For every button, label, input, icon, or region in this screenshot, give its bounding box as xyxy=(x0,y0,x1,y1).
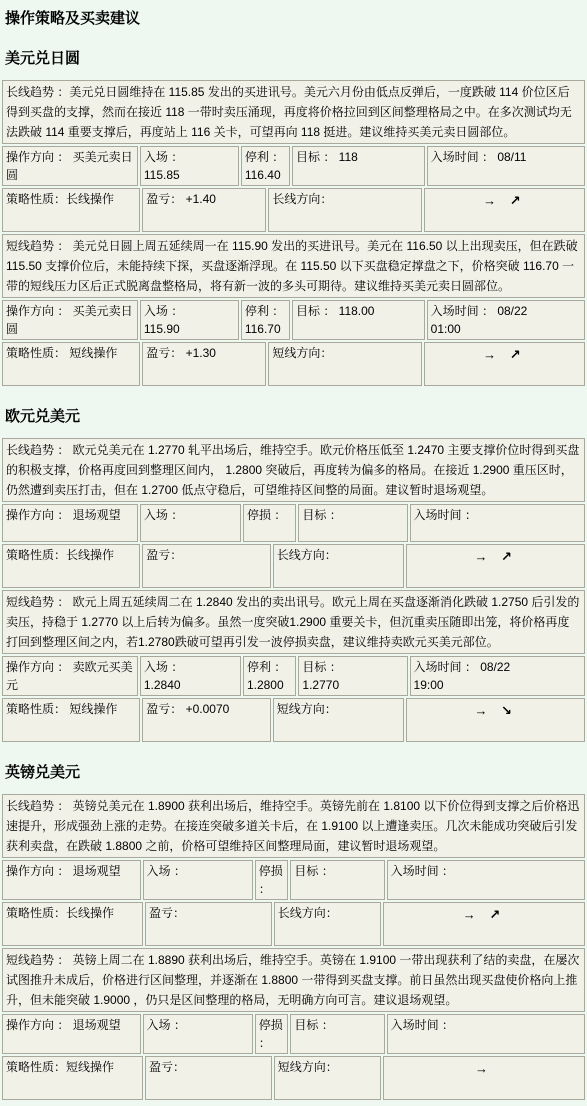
table-row: 操作方向 ： 退场观望入场 ：停损 ：目标 ：入场时间 ： xyxy=(2,504,585,542)
cell-direction-arrows: → ↗ xyxy=(424,342,585,386)
cell-line: 目标 ： xyxy=(302,658,403,676)
cell-line: 目标 ： xyxy=(294,1016,380,1034)
cell-operation-direction: 操作方向 ： 退场观望 xyxy=(2,1014,141,1054)
short-trend-paragraph: 短线趋势 ： 欧元上周五延续周二在 1.2840 发出的卖出讯号。欧元上周在买盘… xyxy=(2,590,585,654)
cell-line: 策略性质： 短线操作 xyxy=(6,700,136,718)
cell-stop-loss: 停损 ： xyxy=(255,1014,289,1054)
table-row: 短线趋势 ： 英镑上周二在 1.8890 获利出场后，维持空手。英镑在 1.91… xyxy=(2,948,585,1012)
table-row: 短线趋势 ： 美元兑日圆上周五延续周一在 115.90 发出的买进讯号。美元在 … xyxy=(2,234,585,298)
cell-line: 入场时间 ： xyxy=(414,506,581,524)
cell-direction-arrows: → ↗ xyxy=(406,544,585,588)
cell-line: 停利 ： xyxy=(245,148,286,166)
long-trend-paragraph: 长线趋势 ：美元兑日圆维持在 115.85 发出的买进讯号。美元六月份由低点反弹… xyxy=(2,80,585,144)
table-row: 长线趋势 ： 英镑兑美元在 1.8900 获利出场后，维持空手。英镑先前在 1.… xyxy=(2,794,585,858)
cell-direction-label: 短线方向： xyxy=(274,1056,381,1100)
cell-profit-loss: 盈亏： xyxy=(145,902,272,946)
cell-line: 115.90 xyxy=(144,320,235,338)
cell-line: 策略性质：长线操作 xyxy=(6,904,139,922)
cell-line: 目标 ： xyxy=(302,506,403,524)
trend-arrow-icons: → xyxy=(387,1058,581,1078)
table-row: 短线趋势 ： 欧元上周五延续周二在 1.2840 发出的卖出讯号。欧元上周在买盘… xyxy=(2,590,585,654)
cell-line: 短线方向： xyxy=(272,344,418,362)
cell-direction-arrows: → xyxy=(383,1056,585,1100)
cell-profit-loss: 盈亏： xyxy=(142,544,270,588)
cell-line: 1.2800 xyxy=(247,676,292,694)
cell-target: 目标 ： 118.00 xyxy=(292,300,425,340)
cell-line: 入场时间 ： xyxy=(391,1016,581,1034)
cell-direction-arrows: → ↗ xyxy=(383,902,585,946)
cell-stop-loss: 停损 ： xyxy=(255,860,289,900)
cell-profit-loss: 盈亏： +0.0070 xyxy=(142,698,270,742)
cell-line: 目标 ： 118 xyxy=(296,148,421,166)
table-row: 策略性质：长线操作盈亏： +1.40长线方向：→ ↗ xyxy=(2,188,585,232)
strategy-table: 长线趋势 ： 英镑兑美元在 1.8900 获利出场后，维持空手。英镑先前在 1.… xyxy=(2,794,585,1100)
short-trend-paragraph: 短线趋势 ： 英镑上周二在 1.8890 获利出场后，维持空手。英镑在 1.91… xyxy=(2,948,585,1012)
cell-line: 目标 ： 118.00 xyxy=(296,302,421,320)
cell-target: 目标 ： xyxy=(298,504,407,542)
report: 操作策略及买卖建议 美元兑日圆长线趋势 ：美元兑日圆维持在 115.85 发出的… xyxy=(0,0,587,1106)
cell-line: 116.40 xyxy=(245,166,286,184)
cell-line: 盈亏： xyxy=(149,1058,268,1076)
cell-entry-time: 入场时间 ： xyxy=(387,1014,585,1054)
cell-line: 长线方向： xyxy=(277,546,401,564)
cell-line: 入场 ： xyxy=(144,148,235,166)
cell-direction-arrows: → ↗ xyxy=(424,188,585,232)
cell-strategy-type: 策略性质： 短线操作 xyxy=(2,342,140,386)
cell-target: 目标 ：1.2770 xyxy=(298,656,407,696)
cell-direction-arrows: → ↘ xyxy=(406,698,585,742)
cell-line: 入场时间 ： 08/22 xyxy=(431,302,581,320)
page-title: 操作策略及买卖建议 xyxy=(5,7,583,28)
table-row: 长线趋势 ：美元兑日圆维持在 115.85 发出的买进讯号。美元六月份由低点反弹… xyxy=(2,80,585,144)
cell-direction-label: 长线方向： xyxy=(273,544,405,588)
cell-strategy-type: 策略性质： 短线操作 xyxy=(2,698,140,742)
cell-line: 盈亏： +0.0070 xyxy=(146,700,266,718)
cell-direction-label: 长线方向： xyxy=(274,902,381,946)
cell-line: 策略性质：短线操作 xyxy=(6,1058,139,1076)
cell-line: 操作方向 ： 卖欧元买美元 xyxy=(6,658,134,694)
cell-operation-direction: 操作方向 ： 退场观望 xyxy=(2,504,138,542)
cell-line: 盈亏： xyxy=(149,904,268,922)
cell-target: 目标 ： 118 xyxy=(292,146,425,186)
cell-line: 操作方向 ： 退场观望 xyxy=(6,506,134,524)
cell-line: 1.2840 xyxy=(144,676,237,694)
cell-line: 操作方向 ： 买美元卖日圆 xyxy=(6,148,134,184)
cell-stop-loss: 停损 ： xyxy=(243,504,296,542)
trend-arrow-icons: → ↘ xyxy=(410,700,581,720)
cell-line: 操作方向 ： 退场观望 xyxy=(6,862,137,880)
cell-operation-direction: 操作方向 ： 买美元卖日圆 xyxy=(2,300,138,340)
table-row: 操作方向 ： 退场观望入场 ：停损 ：目标 ：入场时间 ： xyxy=(2,860,585,900)
cell-direction-label: 短线方向： xyxy=(273,698,405,742)
cell-profit-loss: 盈亏： +1.40 xyxy=(142,188,266,232)
pair-heading: 欧元兑美元 xyxy=(5,405,583,426)
cell-direction-label: 长线方向： xyxy=(268,188,422,232)
cell-profit-loss: 盈亏： +1.30 xyxy=(142,342,266,386)
cell-operation-direction: 操作方向 ： 买美元卖日圆 xyxy=(2,146,138,186)
table-row: 操作方向 ： 买美元卖日圆入场 ：115.90停利 ：116.70目标 ： 11… xyxy=(2,300,585,340)
cell-entry-time: 入场时间 ： xyxy=(410,504,585,542)
strategy-table: 长线趋势 ： 欧元兑美元在 1.2770 轧平出场后，维持空手。欧元价格压低至 … xyxy=(2,438,585,742)
trend-arrow-icons: → ↗ xyxy=(428,190,581,210)
cell-take-profit: 停利 ：116.70 xyxy=(241,300,290,340)
cell-line: 长线方向： xyxy=(278,904,377,922)
long-trend-paragraph: 长线趋势 ： 英镑兑美元在 1.8900 获利出场后，维持空手。英镑先前在 1.… xyxy=(2,794,585,858)
cell-line: 入场 ： xyxy=(144,506,237,524)
strategy-table: 长线趋势 ：美元兑日圆维持在 115.85 发出的买进讯号。美元六月份由低点反弹… xyxy=(2,80,585,386)
cell-profit-loss: 盈亏： xyxy=(145,1056,272,1100)
cell-line: 116.70 xyxy=(245,320,286,338)
trend-arrow-icons: → ↗ xyxy=(428,344,581,364)
pair-heading: 英镑兑美元 xyxy=(5,761,583,782)
cell-line: 停损 ： xyxy=(259,1016,285,1052)
cell-operation-direction: 操作方向 ： 退场观望 xyxy=(2,860,141,900)
cell-line: 停利 ： xyxy=(247,658,292,676)
cell-line: 停损 ： xyxy=(247,506,292,524)
cell-line: 115.85 xyxy=(144,166,235,184)
cell-operation-direction: 操作方向 ： 卖欧元买美元 xyxy=(2,656,138,696)
cell-line: 目标 ： xyxy=(294,862,380,880)
cell-line: 策略性质：长线操作 xyxy=(6,546,136,564)
cell-direction-label: 短线方向： xyxy=(268,342,422,386)
cell-line: 盈亏： xyxy=(146,546,266,564)
cell-line: 停利 ： xyxy=(245,302,286,320)
table-row: 策略性质： 短线操作盈亏： +0.0070短线方向：→ ↘ xyxy=(2,698,585,742)
cell-line: 入场 ： xyxy=(147,862,249,880)
cell-entry: 入场 ：1.2840 xyxy=(140,656,241,696)
cell-strategy-type: 策略性质：长线操作 xyxy=(2,902,143,946)
pair-heading: 美元兑日圆 xyxy=(5,47,583,68)
cell-entry-time: 入场时间 ： 08/11 xyxy=(427,146,585,186)
trend-arrow-icons: → ↗ xyxy=(410,546,581,566)
cell-take-profit: 停利 ：1.2800 xyxy=(243,656,296,696)
cell-line: 长线方向： xyxy=(272,190,418,208)
trend-arrow-icons: → ↗ xyxy=(387,904,581,924)
cell-entry-time: 入场时间 ： 08/2219:00 xyxy=(410,656,585,696)
cell-entry: 入场 ： xyxy=(140,504,241,542)
cell-line: 短线方向： xyxy=(278,1058,377,1076)
cell-entry: 入场 ： xyxy=(143,860,253,900)
cell-line: 入场时间 ： 08/11 xyxy=(431,148,581,166)
cell-line: 入场 ： xyxy=(144,302,235,320)
short-trend-paragraph: 短线趋势 ： 美元兑日圆上周五延续周一在 115.90 发出的买进讯号。美元在 … xyxy=(2,234,585,298)
long-trend-paragraph: 长线趋势 ： 欧元兑美元在 1.2770 轧平出场后，维持空手。欧元价格压低至 … xyxy=(2,438,585,502)
cell-line: 操作方向 ： 退场观望 xyxy=(6,1016,137,1034)
cell-take-profit: 停利 ：116.40 xyxy=(241,146,290,186)
table-row: 操作方向 ： 卖欧元买美元入场 ：1.2840停利 ：1.2800目标 ：1.2… xyxy=(2,656,585,696)
cell-line: 盈亏： +1.40 xyxy=(146,190,262,208)
cell-strategy-type: 策略性质：短线操作 xyxy=(2,1056,143,1100)
table-row: 操作方向 ： 买美元卖日圆入场 ：115.85停利 ：116.40目标 ： 11… xyxy=(2,146,585,186)
sections-container: 美元兑日圆长线趋势 ：美元兑日圆维持在 115.85 发出的买进讯号。美元六月份… xyxy=(2,47,585,1100)
cell-line: 01:00 xyxy=(431,320,581,338)
cell-line: 盈亏： +1.30 xyxy=(146,344,262,362)
cell-line: 1.2770 xyxy=(302,676,403,694)
table-row: 长线趋势 ： 欧元兑美元在 1.2770 轧平出场后，维持空手。欧元价格压低至 … xyxy=(2,438,585,502)
cell-entry-time: 入场时间 ： 08/2201:00 xyxy=(427,300,585,340)
cell-line: 入场时间 ： xyxy=(391,862,581,880)
cell-strategy-type: 策略性质：长线操作 xyxy=(2,544,140,588)
table-row: 策略性质：长线操作盈亏：长线方向：→ ↗ xyxy=(2,902,585,946)
cell-line: 入场时间 ： 08/22 xyxy=(414,658,581,676)
table-row: 策略性质：长线操作盈亏：长线方向：→ ↗ xyxy=(2,544,585,588)
table-row: 策略性质： 短线操作盈亏： +1.30短线方向：→ ↗ xyxy=(2,342,585,386)
cell-line: 停损 ： xyxy=(259,862,285,898)
cell-line: 操作方向 ： 买美元卖日圆 xyxy=(6,302,134,338)
cell-line: 入场 ： xyxy=(144,658,237,676)
cell-line: 策略性质： 短线操作 xyxy=(6,344,136,362)
cell-target: 目标 ： xyxy=(290,1014,384,1054)
cell-line: 短线方向： xyxy=(277,700,401,718)
cell-strategy-type: 策略性质：长线操作 xyxy=(2,188,140,232)
cell-entry-time: 入场时间 ： xyxy=(387,860,585,900)
table-row: 操作方向 ： 退场观望入场 ：停损 ：目标 ：入场时间 ： xyxy=(2,1014,585,1054)
table-row: 策略性质：短线操作盈亏：短线方向：→ xyxy=(2,1056,585,1100)
cell-target: 目标 ： xyxy=(290,860,384,900)
cell-line: 策略性质：长线操作 xyxy=(6,190,136,208)
cell-entry: 入场 ：115.85 xyxy=(140,146,239,186)
cell-entry: 入场 ： xyxy=(143,1014,253,1054)
cell-line: 19:00 xyxy=(414,676,581,694)
cell-entry: 入场 ：115.90 xyxy=(140,300,239,340)
cell-line: 入场 ： xyxy=(147,1016,249,1034)
